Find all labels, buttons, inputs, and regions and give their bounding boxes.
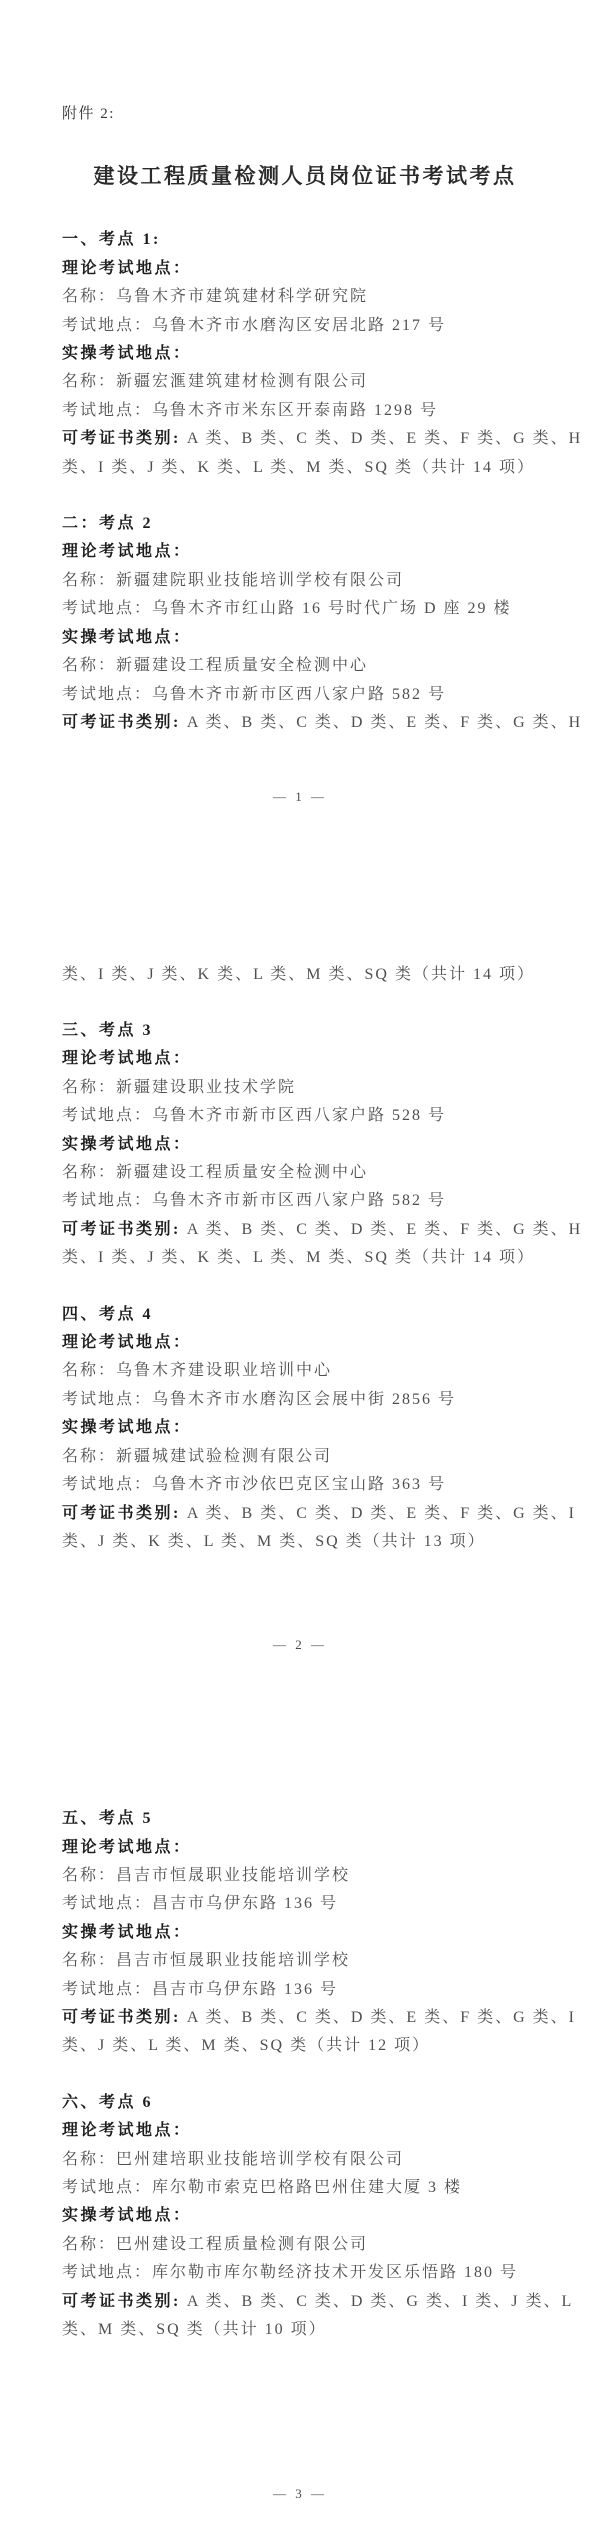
document-line: 二：考点 2 [62,510,548,538]
document-line: 考试地点：昌吉市乌伊东路 136 号 [62,1890,548,1918]
document-line: 理论考试地点： [62,1045,548,1073]
page-2-content: 类、I 类、J 类、K 类、L 类、M 类、SQ 类（共计 14 项）三、考点 … [0,849,600,1557]
page-number-footer: — 2 — [0,1637,600,1653]
document-line: 可考证书类别: A 类、B 类、C 类、D 类、E 类、F 类、G 类、I [62,2004,548,2032]
document-line: 考试地点：库尔勒市索克巴格路巴州住建大厦 3 楼 [62,2174,548,2202]
document-line: 实操考试地点： [62,340,548,368]
document-line: 考试地点：库尔勒市库尔勒经济技术开发区乐悟路 180 号 [62,2259,548,2287]
page-2: 类、I 类、J 类、K 类、L 类、M 类、SQ 类（共计 14 项）三、考点 … [0,849,600,1698]
document-line: 考试地点：乌鲁木齐市水磨沟区会展中街 2856 号 [62,1386,548,1414]
document-line: 实操考试地点： [62,1414,548,1442]
document-line: 名称：昌吉市恒晟职业技能培训学校 [62,1862,548,1890]
document-line: 可考证书类别: A 类、B 类、C 类、D 类、E 类、F 类、G 类、H [62,709,548,737]
document-line: 考试地点：乌鲁木齐市米东区开泰南路 1298 号 [62,397,548,425]
document-line: 考试地点：乌鲁木齐市水磨沟区安居北路 217 号 [62,312,548,340]
cert-category-list: A 类、B 类、C 类、D 类、E 类、F 类、G 类、H [181,430,582,447]
cert-category-list: A 类、B 类、C 类、D 类、E 类、F 类、G 类、H [181,714,582,731]
cert-category-list: A 类、B 类、C 类、D 类、E 类、F 类、G 类、I [181,2009,576,2026]
cert-category-list: A 类、B 类、C 类、D 类、E 类、F 类、G 类、I [181,1505,576,1522]
attachment-label: 附件 2: [62,100,548,128]
document-line: 考试地点：乌鲁木齐市沙依巴克区宝山路 363 号 [62,1471,548,1499]
cert-category-list: A 类、B 类、C 类、D 类、E 类、F 类、G 类、H [181,1221,582,1238]
page-1-lines: 一、考点 1:理论考试地点：名称：乌鲁木齐市建筑建材科学研究院考试地点：乌鲁木齐… [62,226,548,737]
document-line: 理论考试地点： [62,1834,548,1862]
document-line: 实操考试地点： [62,1131,548,1159]
document-line: 四、考点 4 [62,1301,548,1329]
document-line: 理论考试地点： [62,1329,548,1357]
document-line: 理论考试地点： [62,538,548,566]
document-title: 建设工程质量检测人员岗位证书考试考点 [62,154,548,198]
document-line: 类、J 类、L 类、M 类、SQ 类（共计 12 项） [62,2032,548,2060]
cert-category-list: A 类、B 类、C 类、D 类、G 类、I 类、J 类、L [181,2293,573,2310]
cert-category-label: 可考证书类别: [62,2009,181,2026]
cert-category-label: 可考证书类别: [62,1505,181,1522]
cert-category-label: 可考证书类别: [62,430,181,447]
page-3: 五、考点 5理论考试地点：名称：昌吉市恒晟职业技能培训学校考试地点：昌吉市乌伊东… [0,1697,600,2546]
document-line: 实操考试地点： [62,624,548,652]
page-1-content: 附件 2: 建设工程质量检测人员岗位证书考试考点 一、考点 1:理论考试地点：名… [0,0,600,737]
document-line: 考试地点：昌吉市乌伊东路 136 号 [62,1976,548,2004]
document-line: 名称：乌鲁木齐建设职业培训中心 [62,1357,548,1385]
document-line: 三、考点 3 [62,1017,548,1045]
document-line: 类、M 类、SQ 类（共计 10 项） [62,2316,548,2344]
document-line: 可考证书类别: A 类、B 类、C 类、D 类、E 类、F 类、G 类、H [62,1216,548,1244]
document-line: 名称：新疆建设职业技术学院 [62,1074,548,1102]
document-line: 理论考试地点： [62,2117,548,2145]
document-line: 考试地点：乌鲁木齐市新市区西八家户路 582 号 [62,1187,548,1215]
document-line: 名称：巴州建培职业技能培训学校有限公司 [62,2146,548,2174]
document-line: 五、考点 5 [62,1805,548,1833]
cert-category-label: 可考证书类别: [62,2293,181,2310]
document-line: 名称：新疆城建试验检测有限公司 [62,1443,548,1471]
page-3-lines: 五、考点 5理论考试地点：名称：昌吉市恒晟职业技能培训学校考试地点：昌吉市乌伊东… [62,1805,548,2344]
cert-category-label: 可考证书类别: [62,1221,181,1238]
document-line: 类、J 类、K 类、L 类、M 类、SQ 类（共计 13 项） [62,1528,548,1556]
document-line: 可考证书类别: A 类、B 类、C 类、D 类、E 类、F 类、G 类、I [62,1500,548,1528]
document-line: 类、I 类、J 类、K 类、L 类、M 类、SQ 类（共计 14 项） [62,454,548,482]
page-number-footer: — 3 — [0,2486,600,2502]
document-line: 名称：新疆宏滙建筑建材检测有限公司 [62,368,548,396]
document-line: 名称：新疆建院职业技能培训学校有限公司 [62,567,548,595]
cert-category-label: 可考证书类别: [62,714,181,731]
document-line: 名称：新疆建设工程质量安全检测中心 [62,652,548,680]
document-line: 可考证书类别: A 类、B 类、C 类、D 类、G 类、I 类、J 类、L [62,2288,548,2316]
document-line: 一、考点 1: [62,226,548,254]
page-2-lines: 类、I 类、J 类、K 类、L 类、M 类、SQ 类（共计 14 项）三、考点 … [62,961,548,1557]
document-line: 理论考试地点： [62,255,548,283]
document-line: 可考证书类别: A 类、B 类、C 类、D 类、E 类、F 类、G 类、H [62,425,548,453]
document-line: 六、考点 6 [62,2089,548,2117]
document-line: 名称：乌鲁木齐市建筑建材科学研究院 [62,283,548,311]
document: 附件 2: 建设工程质量检测人员岗位证书考试考点 一、考点 1:理论考试地点：名… [0,0,600,2546]
page-1: 附件 2: 建设工程质量检测人员岗位证书考试考点 一、考点 1:理论考试地点：名… [0,0,600,849]
document-line: 名称：巴州建设工程质量检测有限公司 [62,2231,548,2259]
document-line: 实操考试地点： [62,2202,548,2230]
document-line: 名称：昌吉市恒晟职业技能培训学校 [62,1947,548,1975]
document-line: 考试地点：乌鲁木齐市红山路 16 号时代广场 D 座 29 楼 [62,595,548,623]
document-line: 实操考试地点： [62,1919,548,1947]
document-line: 名称：新疆建设工程质量安全检测中心 [62,1159,548,1187]
document-line: 考试地点：乌鲁木齐市新市区西八家户路 582 号 [62,681,548,709]
document-line: 类、I 类、J 类、K 类、L 类、M 类、SQ 类（共计 14 项） [62,1244,548,1272]
document-line: 类、I 类、J 类、K 类、L 类、M 类、SQ 类（共计 14 项） [62,961,548,989]
document-line: 考试地点：乌鲁木齐市新市区西八家户路 528 号 [62,1102,548,1130]
page-3-content: 五、考点 5理论考试地点：名称：昌吉市恒晟职业技能培训学校考试地点：昌吉市乌伊东… [0,1697,600,2344]
page-number-footer: — 1 — [0,789,600,805]
